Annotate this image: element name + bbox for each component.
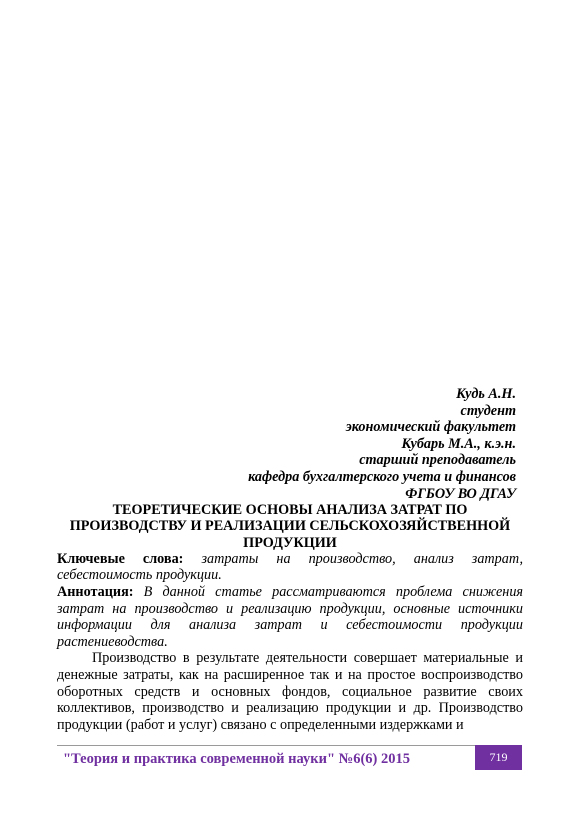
author-role-2: старший преподаватель bbox=[57, 452, 516, 469]
title-line-3: ПРОДУКЦИИ bbox=[57, 535, 523, 551]
title-line-2: ПРОИЗВОДСТВУ И РЕАЛИЗАЦИИ СЕЛЬСКОХОЗЯЙСТ… bbox=[57, 518, 523, 534]
author-name-2: Кубарь М.А., к.э.н. bbox=[57, 436, 516, 453]
keywords: Ключевые слова: затраты на производство,… bbox=[57, 551, 523, 584]
author-faculty: экономический факультет bbox=[57, 419, 516, 436]
author-institution: ФГБОУ ВО ДГАУ bbox=[57, 486, 516, 503]
annotation: Аннотация: В данной статье рассматривают… bbox=[57, 584, 523, 650]
annotation-label: Аннотация: bbox=[57, 584, 134, 600]
author-name-1: Кудь А.Н. bbox=[57, 386, 516, 403]
body-paragraph: Производство в результате деятельности с… bbox=[57, 650, 523, 733]
article-page: Кудь А.Н. студент экономический факульте… bbox=[57, 386, 523, 733]
footer-divider bbox=[57, 745, 475, 746]
page-number: 719 bbox=[475, 745, 522, 770]
author-department: кафедра бухгалтерского учета и финансов bbox=[57, 469, 516, 486]
journal-footer: "Теория и практика современной науки" №6… bbox=[63, 751, 410, 768]
article-title: ТЕОРЕТИЧЕСКИЕ ОСНОВЫ АНАЛИЗА ЗАТРАТ ПО П… bbox=[57, 502, 523, 551]
title-line-1: ТЕОРЕТИЧЕСКИЕ ОСНОВЫ АНАЛИЗА ЗАТРАТ ПО bbox=[57, 502, 523, 518]
keywords-label: Ключевые слова: bbox=[57, 551, 183, 567]
author-role-1: студент bbox=[57, 403, 516, 420]
author-block: Кудь А.Н. студент экономический факульте… bbox=[57, 386, 523, 502]
